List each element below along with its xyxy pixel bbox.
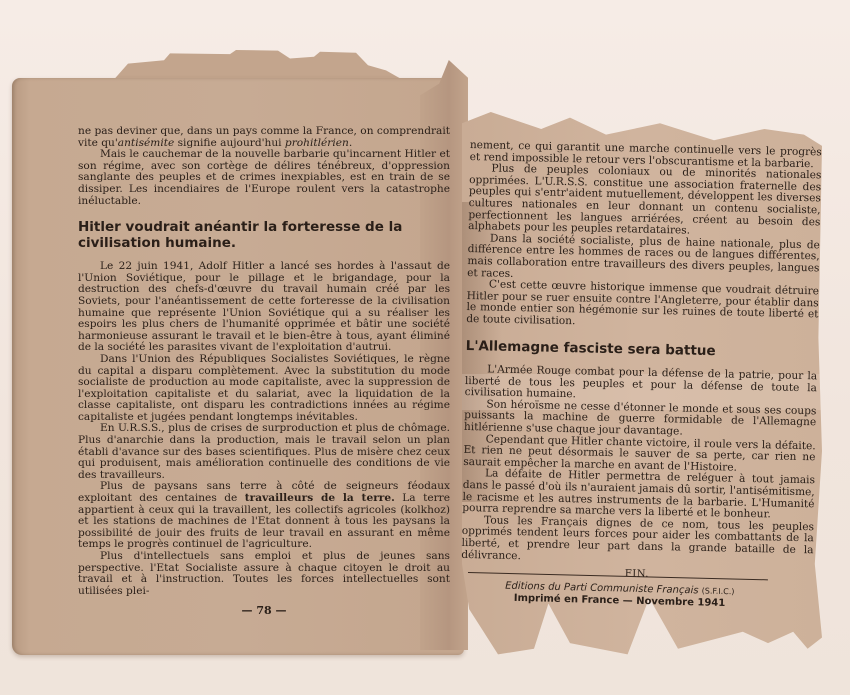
italic-text: prohitlérien. [285, 137, 352, 149]
paragraph: Plus d'intellectuels sans emploi et plus… [78, 551, 450, 597]
paragraph: En U.R.S.S., plus de crises de surproduc… [78, 423, 450, 481]
paragraph: Tous les Français dignes de ce nom, tous… [461, 515, 814, 569]
paragraph: Plus de paysans sans terre à côté de sei… [78, 481, 450, 551]
publisher-suffix: (S.F.I.C.) [702, 586, 735, 596]
text-run: signifie aujourd'hui [174, 137, 285, 149]
paragraph: Dans l'Union des Républiques Socialistes… [78, 354, 450, 424]
section-heading: Hitler voudrait anéantir la forteresse d… [78, 220, 450, 251]
left-page-text: ne pas deviner que, dans un pays comme l… [78, 126, 450, 617]
right-page-text: nement, ce qui garantit une marche conti… [461, 140, 822, 584]
paragraph: Plus de peuples coloniaux ou de minorité… [468, 163, 821, 240]
paragraph: Mais le cauchemar de la nouvelle barbari… [78, 149, 450, 207]
paragraph: C'est cette œuvre historique immense que… [466, 279, 819, 333]
page-number: — 78 — [78, 605, 450, 617]
paragraph: La défaite de Hitler permettra de relégu… [462, 468, 815, 522]
paragraph: Le 22 juin 1941, Adolf Hitler a lancé se… [78, 261, 450, 354]
italic-text: antisémite [118, 137, 174, 149]
bold-text: travailleurs de la terre. [245, 492, 395, 504]
section-heading: L'Allemagne fasciste sera battue [466, 338, 818, 361]
paragraph: ne pas deviner que, dans un pays comme l… [78, 126, 450, 149]
